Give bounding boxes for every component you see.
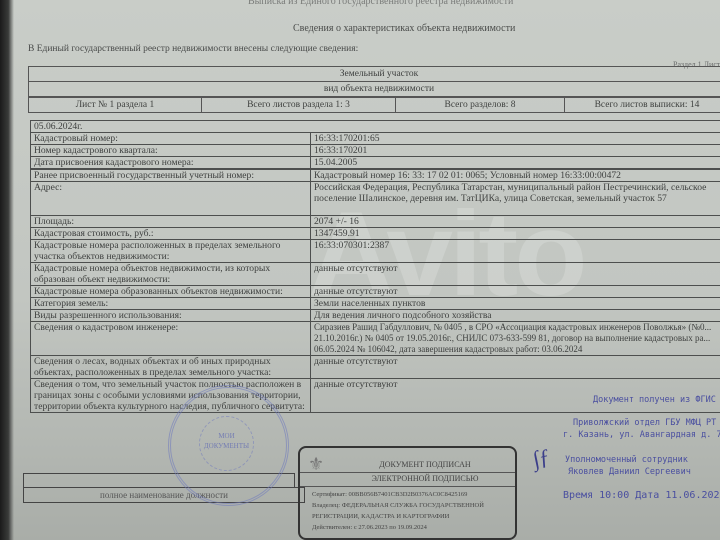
total-sheets-section: Всего листов раздела 1: 3 [202, 98, 396, 112]
esig-owner-1: Владелец: ФЕДЕРАЛЬНАЯ СЛУЖБА ГОСУДАРСТВЕ… [312, 502, 484, 509]
table-row: Сведения о кадастровом инженере:Сиразиев… [31, 322, 720, 356]
table-row: Кадастровая стоимость, руб.:1347459.91 [31, 228, 720, 240]
handwritten-signature: ∫ƒ [530, 444, 552, 473]
extract-date: 05.06.2024г. [31, 121, 720, 133]
divider [300, 486, 515, 487]
table-row: Кадастровые номера образованных объектов… [31, 286, 720, 298]
esig-title-2: ЭЛЕКТРОННОЙ ПОДПИСЬЮ [340, 474, 510, 483]
object-type: Земельный участок [29, 67, 720, 82]
table-row: Номер кадастрового квартала:16:33:170201 [31, 145, 720, 157]
document-page: Avito Выписка из Единого государственног… [8, 0, 720, 540]
table-row: Виды разрешенного использования:Для веде… [31, 310, 720, 322]
property-table: 05.06.2024г. Кадастровый номер:16:33:170… [30, 120, 720, 413]
header-cut-text: Выписка из Единого государственного реес… [248, 0, 513, 7]
stamp-line-5: Яковлев Даниил Сергеевич [568, 467, 691, 477]
seal-logo-text: МОИ ДОКУМЕНТЫ [199, 416, 254, 471]
stamp-line-1: Документ получен из ФГИС ЕГРН [593, 395, 720, 405]
esig-owner-2: РЕГИСТРАЦИИ, КАДАСТРА И КАРТОГРАФИИ [312, 513, 449, 520]
coat-of-arms-icon: ⚜ [308, 454, 330, 480]
stamp-line-3: г. Казань, ул. Авангардная д. 74 [563, 430, 720, 440]
total-sheets-extract: Всего листов выписки: 14 [565, 98, 720, 112]
sheet-number: Лист № 1 раздела 1 [29, 98, 202, 112]
table-row: Площадь:2074 +/- 16 [31, 216, 720, 228]
stamp-line-2: Приволжский отдел ГБУ МФЦ РТ [573, 418, 716, 428]
table-row: Дата присвоения кадастрового номера:15.0… [31, 157, 720, 170]
table-row: Категория земель:Земли населенных пункто… [31, 298, 720, 310]
table-row: Кадастровые номера объектов недвижимости… [31, 263, 720, 286]
esig-certificate: Сертификат: 00BB056B7401CB3D2B0376AC0C84… [312, 491, 467, 498]
esig-valid: Действителен: с 27.06.2023 по 19.09.2024 [312, 524, 427, 531]
total-sections: Всего разделов: 8 [396, 98, 565, 112]
electronic-signature-box: ⚜ ДОКУМЕНТ ПОДПИСАН ЭЛЕКТРОННОЙ ПОДПИСЬЮ… [298, 446, 517, 540]
table-row: Адрес:Российская Федерация, Республика Т… [31, 182, 720, 216]
table-row: Сведения о лесах, водных объектах и об и… [31, 356, 720, 379]
intro-text: В Единый государственный реестр недвижим… [28, 44, 358, 54]
sheet-info-row: Лист № 1 раздела 1 Всего листов раздела … [28, 97, 720, 113]
mfc-round-seal: МОИ ДОКУМЕНТЫ [168, 385, 289, 506]
object-type-caption: вид объекта недвижимости [29, 82, 720, 96]
table-row: Кадастровый номер:16:33:170201:65 [31, 133, 720, 145]
divider [300, 472, 515, 473]
object-type-box: Земельный участок вид объекта недвижимос… [28, 66, 720, 97]
table-row: Кадастровые номера расположенных в преде… [31, 240, 720, 263]
esig-title-1: ДОКУМЕНТ ПОДПИСАН [340, 460, 510, 469]
table-row: Ранее присвоенный государственный учетны… [31, 169, 720, 182]
stamp-line-4: Уполномоченный сотрудник [565, 455, 688, 465]
stamp-line-6: Время 10:00 Дата 11.06.2024 [563, 490, 720, 501]
document-title: Сведения о характеристиках объекта недви… [293, 23, 515, 34]
